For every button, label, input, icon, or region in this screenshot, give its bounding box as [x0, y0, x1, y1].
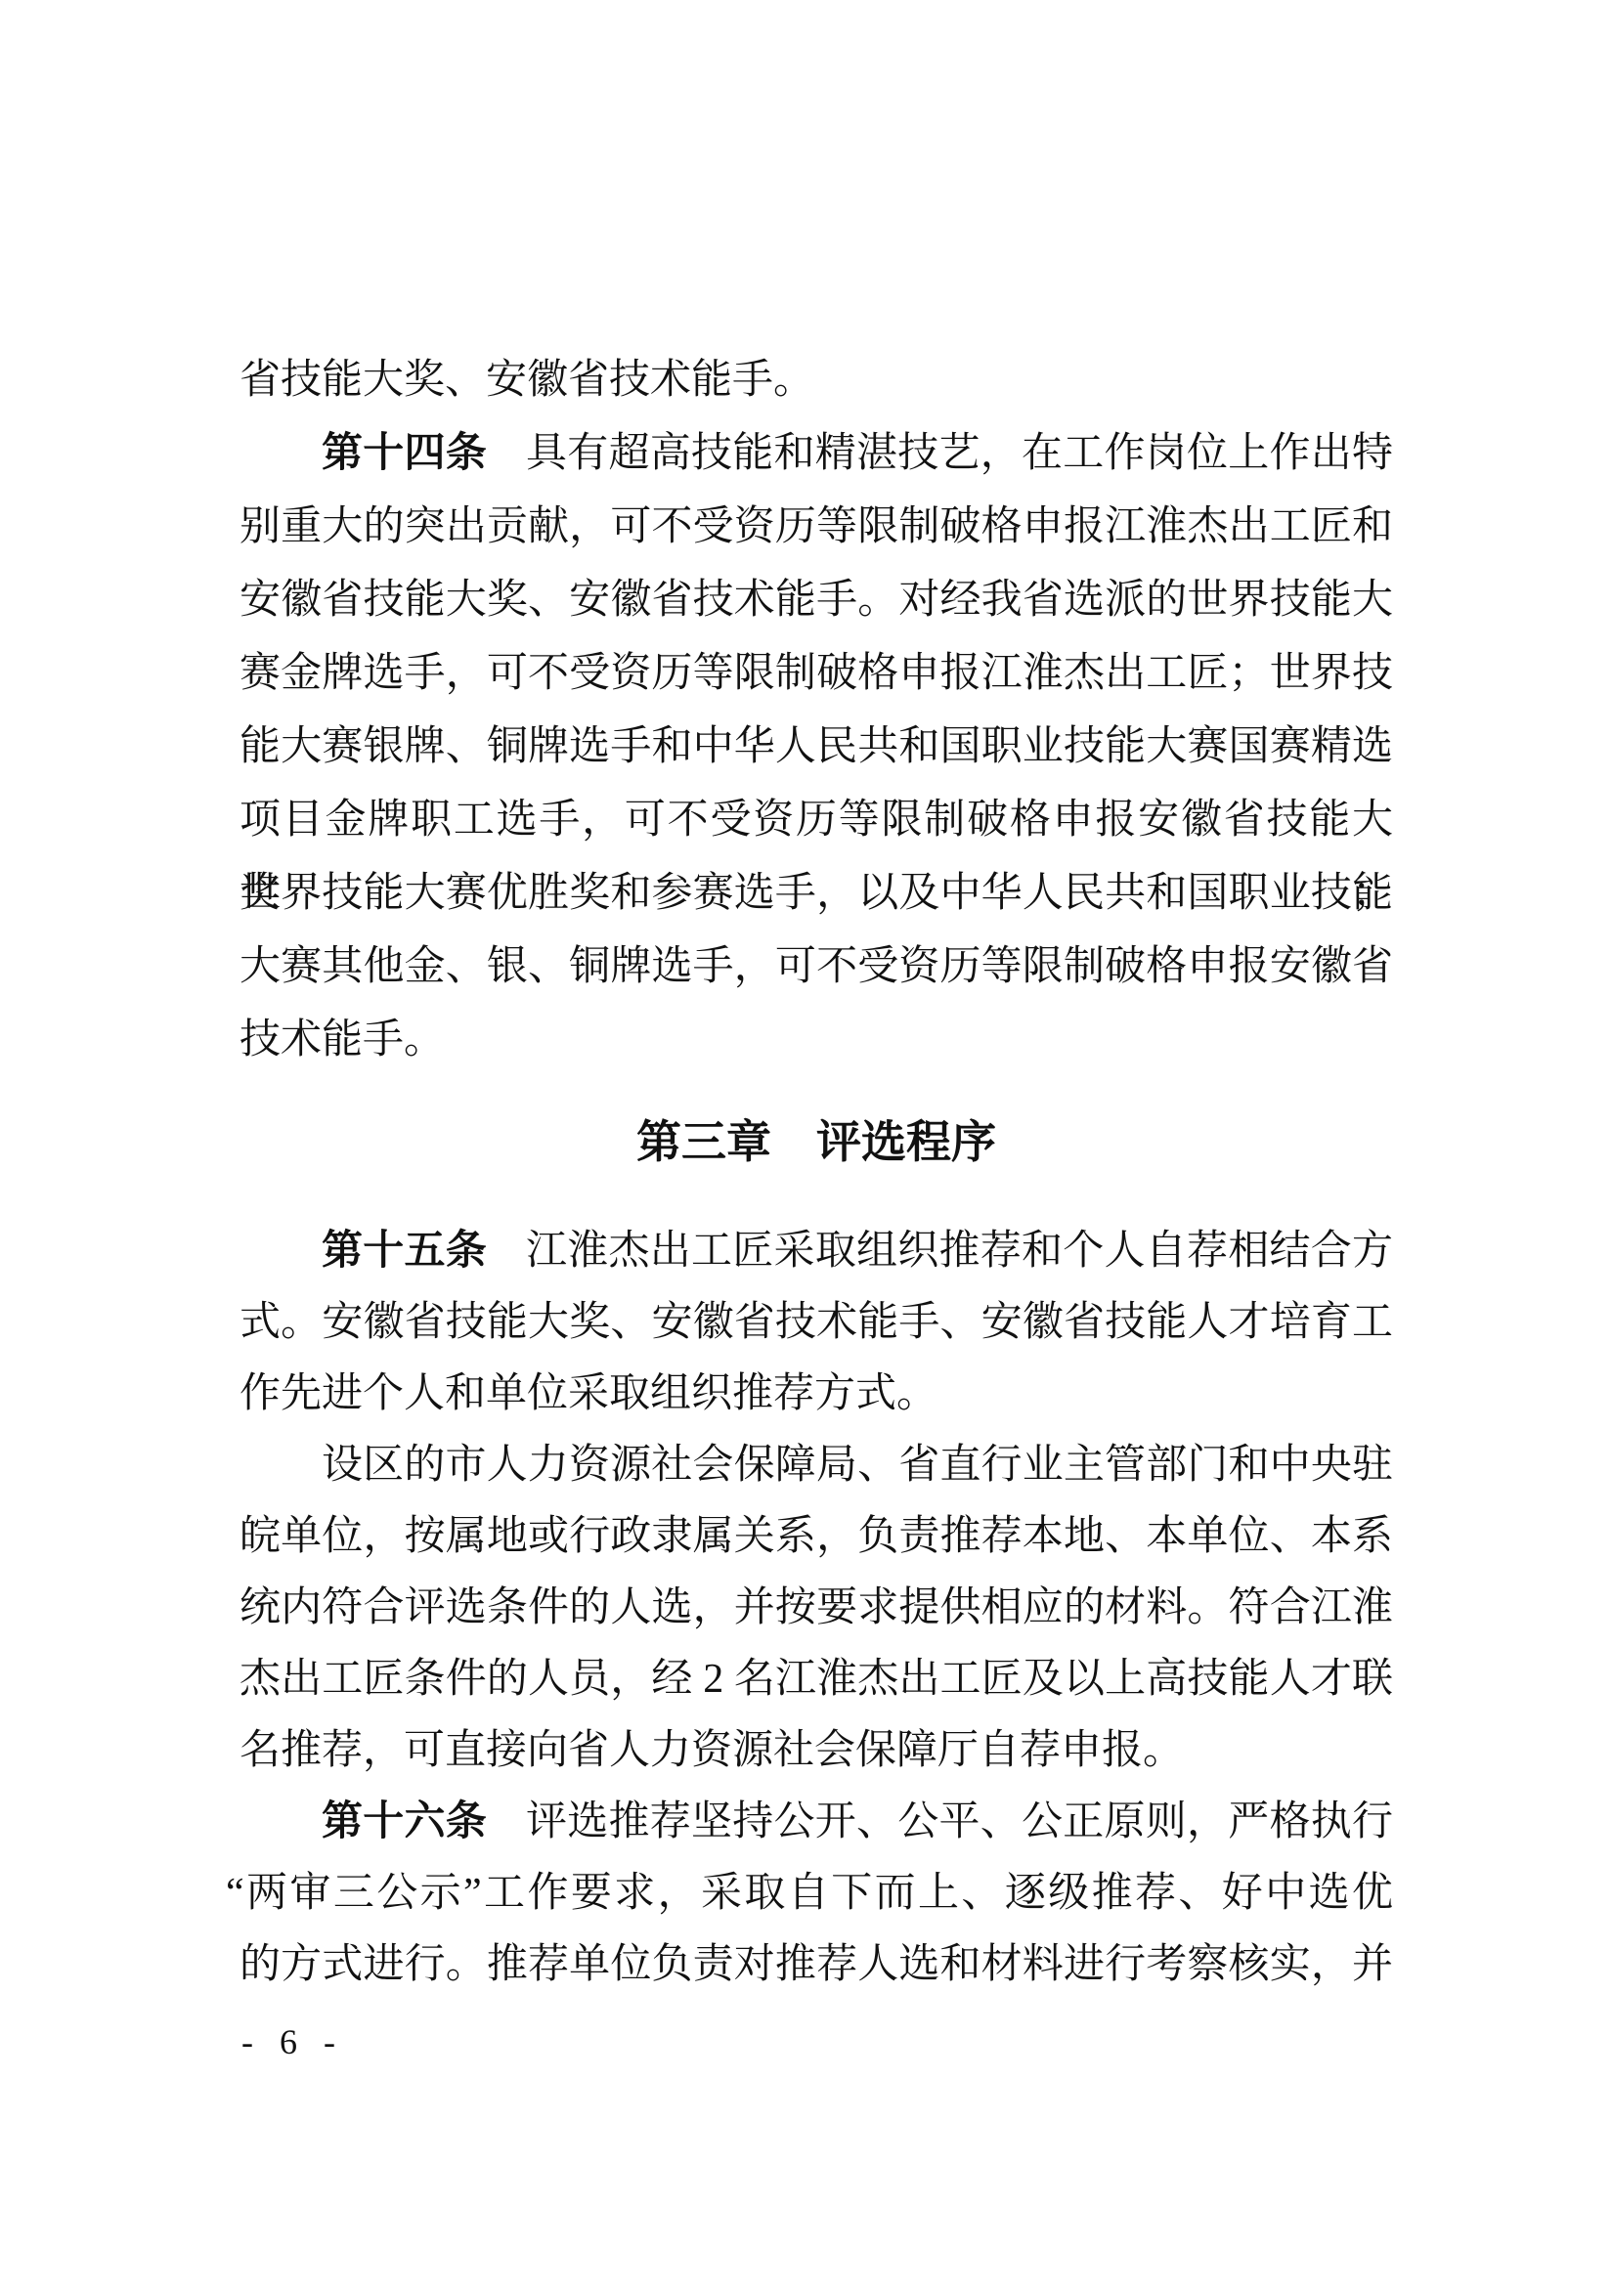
text-line: 统内符合评选条件的人选，并按要求提供相应的材料。符合江淮 [240, 1573, 1393, 1644]
line-text: 能大赛银牌、铜牌选手和中华人民共和国职业技能大赛国赛精选 [240, 724, 1393, 769]
text-line: 皖单位，按属地或行政隶属关系，负责推荐本地、本单位、本系 [240, 1501, 1393, 1573]
chapter-heading: 第三章 评选程序 [240, 1105, 1393, 1181]
line-text: 别重大的突出贡献，可不受资历等限制破格申报江淮杰出工匠和 [240, 504, 1393, 549]
text-line: 世界技能大赛优胜奖和参赛选手，以及中华人民共和国职业技能 [240, 857, 1393, 931]
text-line: 设区的市人力资源社会保障局、省直行业主管部门和中央驻 [240, 1430, 1393, 1501]
line-text: 的方式进行。推荐单位负责对推荐人选和材料进行考察核实，并 [240, 1942, 1393, 1987]
line-text: 世界技能大赛优胜奖和参赛选手，以及中华人民共和国职业技能 [240, 871, 1393, 916]
text-line: “两审三公示”工作要求，采取自下而上、逐级推荐、好中选优 [226, 1858, 1393, 1929]
text-line: 能大赛银牌、铜牌选手和中华人民共和国职业技能大赛国赛精选 [240, 711, 1393, 784]
line-text: 式。安徽省技能大奖、安徽省技术能手、安徽省技能人才培育工 [240, 1300, 1393, 1345]
line-text: 大赛其他金、银、铜牌选手，可不受资历等限制破格申报安徽省 [240, 944, 1393, 989]
text-line: 大赛其他金、银、铜牌选手，可不受资历等限制破格申报安徽省 [240, 931, 1393, 1004]
text-line: 技术能手。 [240, 1004, 1393, 1077]
article-number: 第十六条 [322, 1799, 487, 1844]
line-text: 统内符合评选条件的人选，并按要求提供相应的材料。符合江淮 [240, 1585, 1393, 1630]
line-text: 安徽省技能大奖、安徽省技术能手。对经我省选派的世界技能大 [240, 578, 1393, 623]
document-text-block: 省技能大奖、安徽省技术能手。 第十四条具有超高技能和精湛技艺，在工作岗位上作出特… [240, 344, 1393, 2001]
line-text: 设区的市人力资源社会保障局、省直行业主管部门和中央驻 [322, 1443, 1393, 1488]
page-number: - 6 - [241, 2021, 344, 2062]
text-line: 作先进个人和单位采取组织推荐方式。 [240, 1359, 1393, 1430]
line-text: 作先进个人和单位采取组织推荐方式。 [240, 1371, 937, 1416]
line-text: 评选推荐坚持公开、公平、公正原则，严格执行 [526, 1799, 1393, 1844]
text-line: 第十四条具有超高技能和精湛技艺，在工作岗位上作出特 [240, 417, 1393, 491]
text-line: 的方式进行。推荐单位负责对推荐人选和材料进行考察核实，并 [240, 1929, 1393, 2001]
line-text: 省技能大奖、安徽省技术能手。 [240, 358, 814, 403]
section-after-heading: 第十五条江淮杰出工匠采取组织推荐和个人自荐相结合方 式。安徽省技能大奖、安徽省技… [240, 1216, 1393, 2001]
text-line: 安徽省技能大奖、安徽省技术能手。对经我省选派的世界技能大 [240, 564, 1393, 637]
line-text: “两审三公示”工作要求，采取自下而上、逐级推荐、好中选优 [226, 1871, 1393, 1916]
line-text: 技术能手。 [240, 1018, 445, 1062]
text-line: 名推荐，可直接向省人力资源社会保障厅自荐申报。 [240, 1715, 1393, 1787]
text-line: 省技能大奖、安徽省技术能手。 [240, 344, 1393, 417]
line-text: 杰出工匠条件的人员，经 2 名江淮杰出工匠及以上高技能人才联 [240, 1657, 1393, 1702]
text-line: 杰出工匠条件的人员，经 2 名江淮杰出工匠及以上高技能人才联 [240, 1644, 1393, 1715]
line-text: 赛金牌选手，可不受资历等限制破格申报江淮杰出工匠；世界技 [240, 651, 1393, 696]
section-before-heading: 省技能大奖、安徽省技术能手。 第十四条具有超高技能和精湛技艺，在工作岗位上作出特… [240, 344, 1393, 1077]
text-line: 别重大的突出贡献，可不受资历等限制破格申报江淮杰出工匠和 [240, 491, 1393, 564]
text-line: 式。安徽省技能大奖、安徽省技术能手、安徽省技能人才培育工 [240, 1287, 1393, 1359]
text-line: 赛金牌选手，可不受资历等限制破格申报江淮杰出工匠；世界技 [240, 637, 1393, 711]
line-text: 名推荐，可直接向省人力资源社会保障厅自荐申报。 [240, 1728, 1184, 1773]
text-line: 第十五条江淮杰出工匠采取组织推荐和个人自荐相结合方 [240, 1216, 1393, 1287]
article-number: 第十五条 [322, 1229, 487, 1274]
line-text: 江淮杰出工匠采取组织推荐和个人自荐相结合方 [526, 1229, 1393, 1274]
text-line: 项目金牌职工选手，可不受资历等限制破格申报安徽省技能大奖； [240, 784, 1393, 857]
text-line: 第十六条评选推荐坚持公开、公平、公正原则，严格执行 [240, 1787, 1393, 1858]
line-text: 皖单位，按属地或行政隶属关系，负责推荐本地、本单位、本系 [240, 1514, 1393, 1559]
document-page: 省技能大奖、安徽省技术能手。 第十四条具有超高技能和精湛技艺，在工作岗位上作出特… [0, 0, 1612, 2296]
line-text: 具有超高技能和精湛技艺，在工作岗位上作出特 [526, 431, 1393, 476]
article-number: 第十四条 [322, 431, 487, 476]
